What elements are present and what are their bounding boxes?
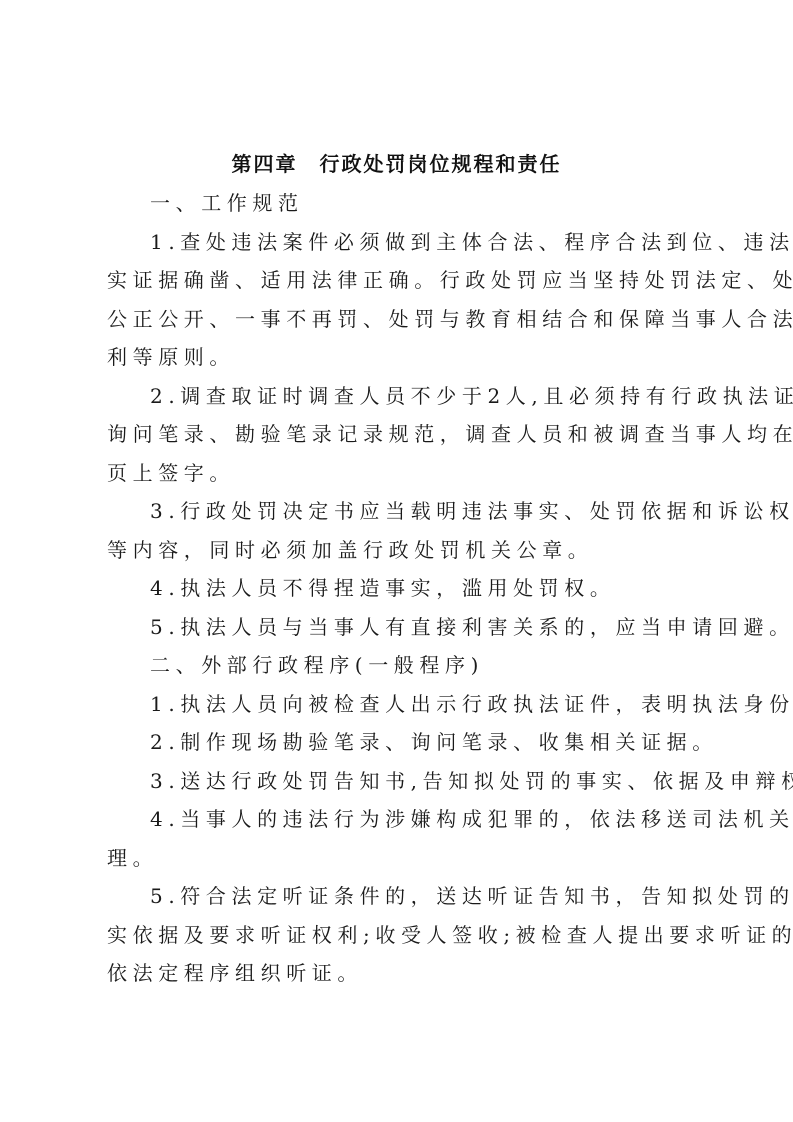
paragraph-line: 3.行政处罚决定书应当载明违法事实、处罚依据和诉讼权利: [150, 497, 750, 525]
paragraph-line: 等内容，同时必须加盖行政处罚机关公章。: [107, 536, 707, 564]
paragraph-line: 2.制作现场勘验笔录、询问笔录、收集相关证据。: [150, 728, 750, 756]
paragraph-line: 实证据确凿、适用法律正确。行政处罚应当坚持处罚法定、处罚: [107, 266, 707, 294]
paragraph-line: 3.送达行政处罚告知书,告知拟处罚的事实、依据及申辩权。: [150, 767, 750, 795]
paragraph-line: 5.执法人员与当事人有直接利害关系的，应当申请回避。: [150, 613, 750, 641]
paragraph-line: 1.查处违法案件必须做到主体合法、程序合法到位、违法事: [150, 228, 750, 256]
paragraph-line: 公正公开、一事不再罚、处罚与教育相结合和保障当事人合法权: [107, 305, 707, 333]
paragraph-line: 实依据及要求听证权利;收受人签收;被检查人提出要求听证的,: [107, 921, 707, 949]
paragraph-line: 4.执法人员不得捏造事实，滥用处罚权。: [150, 574, 750, 602]
paragraph-line: 依法定程序组织听证。: [107, 959, 707, 987]
paragraph-line: 利等原则。: [107, 343, 707, 371]
chapter-title: 第四章 行政处罚岗位规程和责任: [0, 148, 793, 177]
document-page: 第四章 行政处罚岗位规程和责任 一、工作规范 1.查处违法案件必须做到主体合法、…: [0, 0, 793, 1122]
paragraph-line: 理。: [107, 844, 707, 872]
paragraph-line: 5.符合法定听证条件的，送达听证告知书，告知拟处罚的事: [150, 882, 750, 910]
paragraph-line: 询问笔录、勘验笔录记录规范，调查人员和被调查当事人均在每: [107, 420, 707, 448]
section-heading: 一、工作规范: [150, 189, 750, 217]
paragraph-line: 1.执法人员向被检查人出示行政执法证件，表明执法身份。: [150, 690, 750, 718]
paragraph-line: 2.调查取证时调查人员不少于2人,且必须持有行政执法证,: [150, 382, 750, 410]
section-heading: 二、外部行政程序(一般程序): [150, 651, 750, 679]
paragraph-line: 页上签字。: [107, 459, 707, 487]
paragraph-line: 4.当事人的违法行为涉嫌构成犯罪的，依法移送司法机关处: [150, 805, 750, 833]
